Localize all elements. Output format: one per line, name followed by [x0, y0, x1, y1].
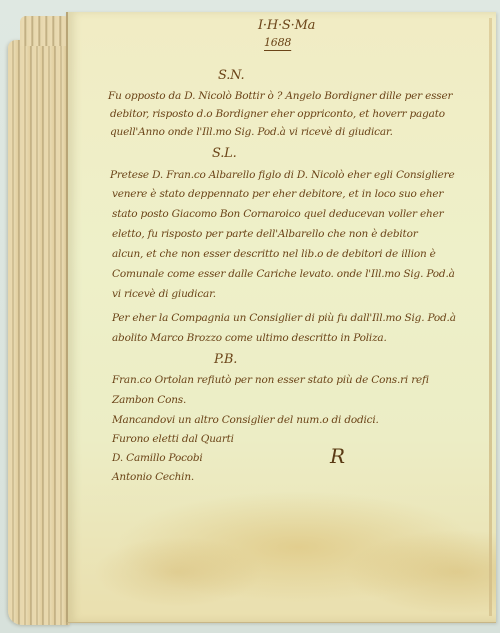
text-line: Fran.co Ortolan refiutò per non esser st… — [112, 374, 429, 386]
text-line: Per eher la Compagnia un Consiglier di p… — [112, 312, 456, 324]
text-line: eletto, fu risposto per parte dell'Albar… — [112, 228, 418, 240]
section-heading: S.N. — [218, 68, 244, 83]
page-header-monogram: I·H·S·Ma — [258, 18, 315, 33]
text-line: debitor, risposto d.o Bordigner eher opp… — [110, 108, 445, 120]
text-line: quell'Anno onde l'Ill.mo Sig. Pod.à vi r… — [110, 126, 393, 138]
text-line: Zambon Cons. — [112, 394, 186, 406]
text-line: venere è stato deppennato per eher debit… — [112, 188, 443, 200]
text-line: Pretese D. Fran.co Albarello figlo di D.… — [110, 169, 455, 181]
marginal-mark: R — [330, 444, 345, 468]
section-heading: S.L. — [212, 146, 237, 161]
text-line: Comunale come esser dalle Cariche levato… — [112, 268, 455, 280]
text-line: alcun, et che non esser descritto nel li… — [112, 248, 436, 260]
page-edges-stack — [8, 40, 70, 625]
section-heading: P.B. — [214, 352, 237, 367]
text-line: Furono eletti dal Quarti — [112, 433, 234, 445]
text-line: abolito Marco Brozzo come ultimo descrit… — [112, 332, 387, 344]
manuscript-page: I·H·S·Ma 1688 S.N. Fu opposto da D. Nico… — [66, 12, 496, 623]
text-line: vi ricevè di giudicar. — [112, 288, 216, 300]
text-line: Antonio Cechin. — [112, 471, 194, 483]
text-line: stato posto Giacomo Bon Cornaroico quel … — [112, 208, 443, 220]
manuscript-photo: I·H·S·Ma 1688 S.N. Fu opposto da D. Nico… — [0, 0, 500, 633]
text-line: Mancandovi un altro Consiglier del num.o… — [112, 414, 379, 426]
page-header-year: 1688 — [264, 36, 291, 49]
text-line: D. Camillo Pocobi — [112, 452, 203, 464]
text-line: Fu opposto da D. Nicolò Bottir ò ? Angel… — [108, 90, 452, 102]
